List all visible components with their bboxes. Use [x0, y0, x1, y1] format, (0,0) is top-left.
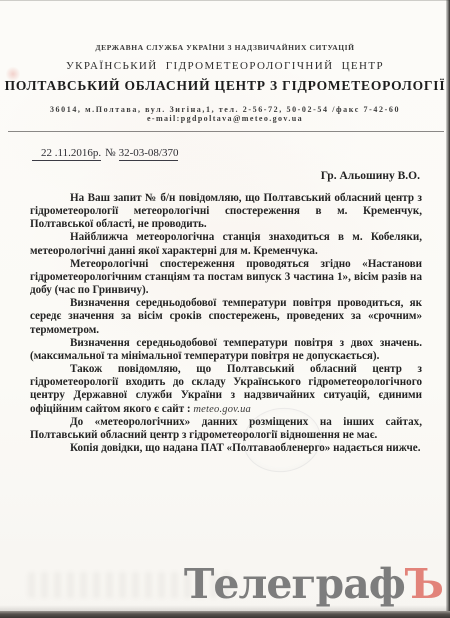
header-email: e-mail:pgdpoltava@meteo.gov.ua — [0, 114, 450, 123]
header-address: 36014, м.Полтава, вул. Зигіна,1, тел. 2-… — [0, 105, 450, 114]
watermark-gray-text: Телеграф — [184, 560, 405, 608]
header-agency: ДЕРЖАВНА СЛУЖБА УКРАЇНИ З НАДЗВИЧАЙНИХ С… — [0, 43, 450, 52]
paragraph: На Ваш запит № б/н повідомляю, що Полтав… — [30, 192, 422, 231]
reference-number: 32-03-08/370 — [119, 147, 179, 161]
scan-edge-top — [0, 0, 450, 1]
reference-date: 22 .11.2016р. — [32, 147, 101, 161]
paragraph: Визначення середньодобової температури п… — [30, 337, 422, 363]
watermark-red-letter: Ъ — [405, 560, 443, 608]
paragraph: До «метеорологічних» данних розміщених н… — [30, 416, 422, 442]
number-sign: № — [105, 147, 116, 159]
telegraf-watermark: ТелеграфЪ — [184, 564, 443, 605]
website-italic-text: meteo.gov.ua — [193, 404, 251, 415]
addressee: Гр. Альошину В.О. — [321, 170, 420, 182]
paragraph: Метеорологічні спостереження проводяться… — [30, 258, 422, 297]
header-center-name: УКРАЇНСЬКИЙ ГІДРОМЕТЕОРОЛОГІЧНИЙ ЦЕНТР — [0, 60, 450, 72]
letter-body: На Ваш запит № б/н повідомляю, що Полтав… — [30, 192, 422, 455]
paragraph: Також повідомляю, що Полтавський обласни… — [30, 363, 422, 416]
paragraph: Найближча метеорологічна станція знаходи… — [30, 231, 422, 257]
paragraph: Визначення середньодобової температури п… — [30, 297, 422, 336]
reference-line: 22 .11.2016р.№32-03-08/370 — [32, 147, 178, 159]
header-organization-name: ПОЛТАВСЬКИЙ ОБЛАСНИЙ ЦЕНТР З ГІДРОМЕТЕОР… — [0, 78, 450, 94]
scan-edge-right — [446, 0, 450, 618]
paragraph: Копія довідки, що надана ПАТ «Полтаваобл… — [30, 442, 422, 455]
scanned-letter-page: ДЕРЖАВНА СЛУЖБА УКРАЇНИ З НАДЗВИЧАЙНИХ С… — [0, 0, 450, 618]
scan-edge-bottom — [0, 611, 450, 618]
header-divider-rule — [8, 131, 444, 132]
